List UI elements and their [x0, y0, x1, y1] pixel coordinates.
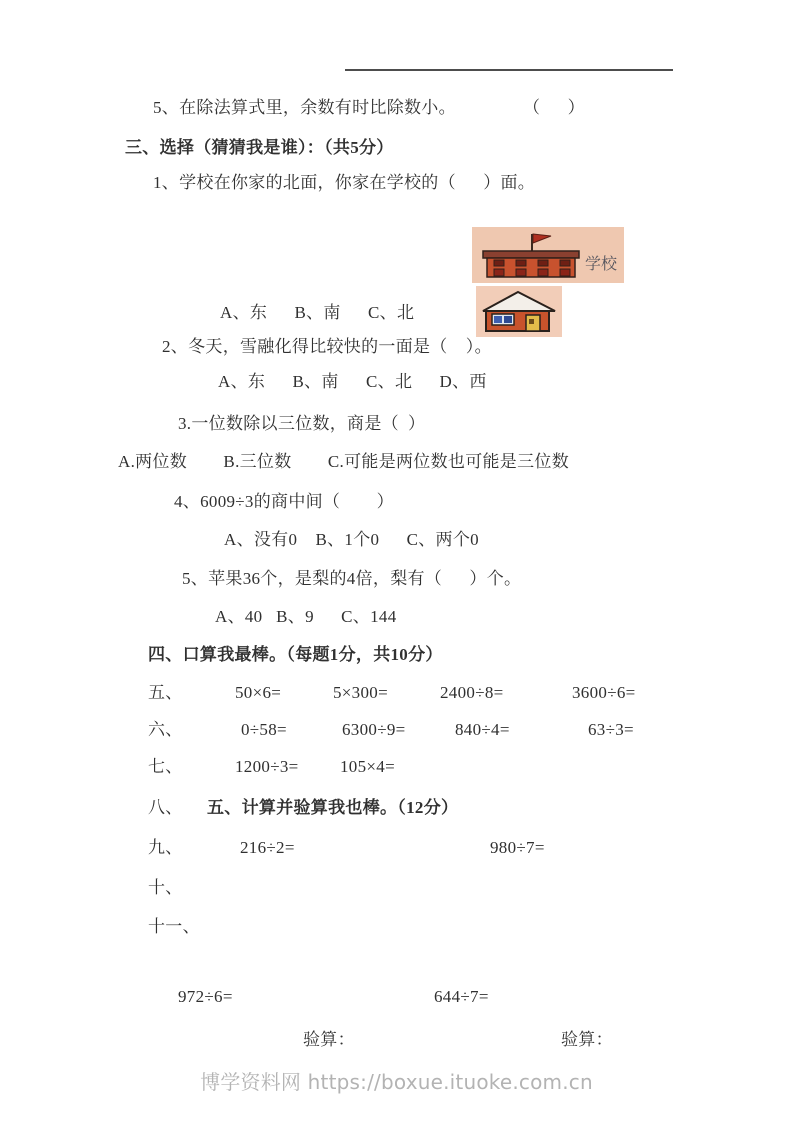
oral-problem: 0÷58= [241, 719, 287, 741]
oral-problem: 2400÷8= [440, 682, 504, 704]
choice-q2-options: A、东 B、南 C、北 D、西 [218, 371, 487, 393]
oral-problem: 840÷4= [455, 719, 510, 741]
school-window [560, 260, 570, 266]
oral-problem: 3600÷6= [572, 682, 636, 704]
school-roof-band [483, 251, 579, 258]
choice-q3-options: A.两位数 B.三位数 C.可能是两位数也可能是三位数 [118, 451, 569, 473]
oral-problem: 1200÷3= [235, 756, 299, 778]
section-oral-heading: 四、口算我最棒。（每题1分，共10分） [148, 644, 443, 666]
house-door-knob [529, 319, 534, 324]
oral-problem: 105×4= [340, 756, 395, 778]
section-choice-heading: 三、选择（猜猜我是谁）：（共5分） [125, 137, 394, 159]
house-window-pane [494, 316, 502, 323]
footer-site-link[interactable]: 博学资料网 https://boxue.ituoke.com.cn [200, 1070, 593, 1094]
calc-row10-number: 十、 [148, 877, 183, 899]
school-window [538, 260, 548, 266]
footer-watermark: 博学资料网 https://boxue.ituoke.com.cn [0, 1066, 793, 1095]
calc-problem: 644÷7= [434, 986, 489, 1008]
choice-q4-text: 4、6009÷3的商中间（ ） [174, 491, 394, 513]
oral-row7-number: 七、 [148, 756, 183, 778]
check-label: 验算： [303, 1029, 355, 1051]
choice-q4-options: A、没有0 B、1个0 C、两个0 [224, 529, 479, 551]
check-label: 验算： [561, 1029, 613, 1051]
calc-problem: 972÷6= [178, 986, 233, 1008]
school-image-label: 学校 [585, 255, 618, 273]
choice-q5-options: A、40 B、9 C、144 [215, 606, 397, 628]
top-divider-line [345, 69, 673, 71]
oral-problem: 5×300= [333, 682, 388, 704]
school-window [494, 260, 504, 266]
choice-q2-text: 2、冬天，雪融化得比较快的一面是（ ）。 [162, 336, 492, 358]
exam-page: 5、在除法算式里，余数有时比除数小。 （ ） 三、选择（猜猜我是谁）：（共5分）… [0, 0, 793, 1122]
calc-row9-number: 九、 [148, 837, 183, 859]
oral-row6-number: 六、 [148, 719, 183, 741]
oral-problem: 50×6= [235, 682, 281, 704]
judge-question-5: 5、在除法算式里，余数有时比除数小。 [153, 97, 456, 119]
choice-q3-text: 3.一位数除以三位数，商是（ ） [178, 413, 425, 435]
oral-problem: 6300÷9= [342, 719, 406, 741]
calc-problem: 216÷2= [240, 837, 295, 859]
judge-question-5-answer-blank: （ ） [523, 97, 585, 119]
choice-q1-options: A、东 B、南 C、北 [220, 302, 414, 324]
house-window-pane [504, 316, 512, 323]
calc-problem: 980÷7= [490, 837, 545, 859]
calc-row11-number: 十一、 [148, 916, 200, 938]
choice-q1-text: 1、学校在你家的北面，你家在学校的（ ）面。 [153, 172, 535, 194]
oral-problem: 63÷3= [588, 719, 634, 741]
oral-row5-number: 五、 [148, 682, 183, 704]
calc-row8-number: 八、 [148, 797, 183, 819]
section-calc-heading: 五、计算并验算我也棒。（12分） [207, 797, 458, 819]
school-window [516, 260, 526, 266]
choice-q5-text: 5、苹果36个，是梨的4倍，梨有（ ）个。 [182, 568, 521, 590]
